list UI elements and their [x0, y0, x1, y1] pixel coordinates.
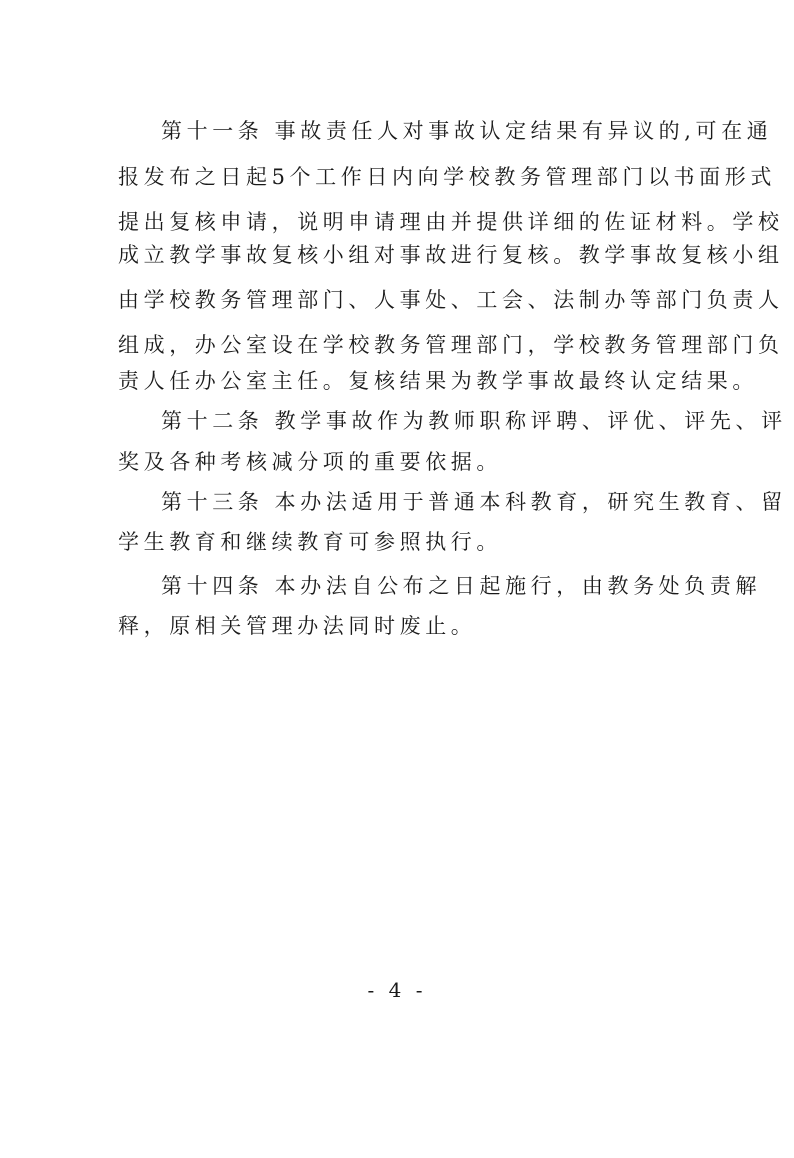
- document-page: 第十一条 事故责任人对事故认定结果有异议的,可在通 报发布之日起5个工作日内向学…: [0, 0, 794, 1158]
- article-11-line-3: 提出复核申请，说明申请理由并提供详细的佐证材料。学校: [118, 207, 676, 237]
- article-14-line-1: 第十四条 本办法自公布之日起施行，由教务处负责解: [161, 571, 676, 601]
- article-12-line-2: 奖及各种考核减分项的重要依据。: [118, 447, 676, 477]
- page-number: - 4 -: [0, 978, 794, 1002]
- article-13-line-1: 第十三条 本办法适用于普通本科教育，研究生教育、留: [161, 487, 676, 517]
- article-13-line-2: 学生教育和继续教育可参照执行。: [118, 527, 676, 557]
- article-11-line-7: 责人任办公室主任。复核结果为教学事故最终认定结果。: [118, 366, 676, 396]
- article-11-line-4: 成立教学事故复核小组对事故进行复核。教学事故复核小组: [118, 240, 676, 270]
- article-11-line-5: 由学校教务管理部门、人事处、工会、法制办等部门负责人: [118, 285, 676, 315]
- article-11-line-1: 第十一条 事故责任人对事故认定结果有异议的,可在通: [161, 116, 676, 146]
- article-12-line-1: 第十二条 教学事故作为教师职称评聘、评优、评先、评: [161, 406, 676, 436]
- article-11-line-6: 组成，办公室设在学校教务管理部门，学校教务管理部门负: [118, 330, 676, 360]
- article-11-line-2: 报发布之日起5个工作日内向学校教务管理部门以书面形式: [118, 162, 676, 192]
- article-14-line-2: 释，原相关管理办法同时废止。: [118, 611, 676, 641]
